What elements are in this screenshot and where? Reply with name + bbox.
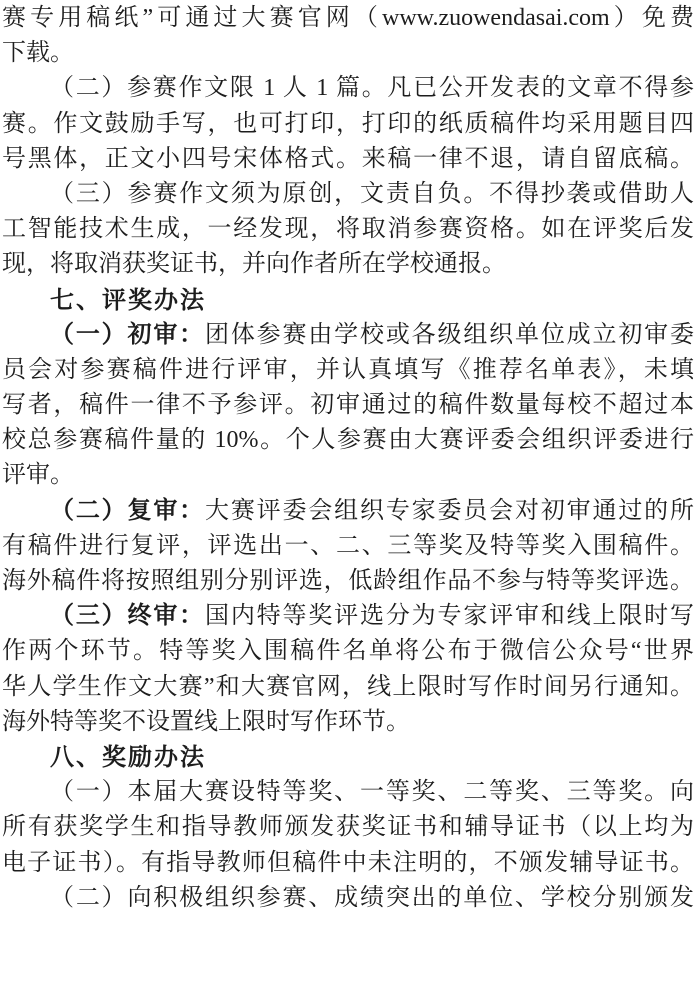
line-lead: （一）初审： bbox=[50, 322, 205, 348]
text-line: 所有获奖学生和指导教师颁发获奖证书和辅导证书（以上均为 bbox=[2, 810, 694, 845]
line-text: 赛专用稿纸”可通过大赛官网（www.zuowendasai.com）免费 bbox=[2, 5, 694, 31]
line-text: 校总参赛稿件量的 10%。个人参赛由大赛评委会组织评委进行 bbox=[2, 427, 694, 453]
text-line: 赛。作文鼓励手写，也可打印，打印的纸质稿件均采用题目四 bbox=[2, 107, 694, 142]
line-text: 国内特等奖评选分为专家评审和线上限时写 bbox=[205, 603, 694, 629]
line-text: 写者，稿件一律不予参评。初审通过的稿件数量每校不超过本 bbox=[2, 392, 694, 418]
line-text: 作两个环节。特等奖入围稿件名单将公布于微信公众号“世界 bbox=[2, 638, 694, 664]
text-line: 海外稿件将按照组别分别评选，低龄组作品不参与特等奖评选。 bbox=[2, 564, 694, 599]
line-text: 现，将取消获奖证书，并向作者所在学校通报。 bbox=[2, 251, 506, 277]
text-line: 写者，稿件一律不予参评。初审通过的稿件数量每校不超过本 bbox=[2, 388, 694, 423]
line-text: （一）本届大赛设特等奖、一等奖、二等奖、三等奖。向 bbox=[50, 779, 694, 805]
line-text: 工智能技术生成，一经发现，将取消参赛资格。如在评奖后发 bbox=[2, 216, 694, 242]
line-text: 赛。作文鼓励手写，也可打印，打印的纸质稿件均采用题目四 bbox=[2, 111, 694, 137]
line-text: （二）参赛作文限 1 人 1 篇。凡已公开发表的文章不得参 bbox=[50, 75, 694, 101]
text-line: （二）复审：大赛评委会组织专家委员会对初审通过的所 bbox=[2, 494, 694, 529]
text-line: 电子证书）。有指导教师但稿件中未注明的，不颁发辅导证书。 bbox=[2, 846, 694, 881]
line-lead: （三）终审： bbox=[50, 603, 205, 629]
text-line: 海外特等奖不设置线上限时写作环节。 bbox=[2, 705, 694, 740]
line-text: 华人学生作文大赛”和大赛官网，线上限时写作时间另行通知。 bbox=[2, 674, 694, 700]
line-text: 所有获奖学生和指导教师颁发获奖证书和辅导证书（以上均为 bbox=[2, 814, 694, 840]
text-line: 作两个环节。特等奖入围稿件名单将公布于微信公众号“世界 bbox=[2, 634, 694, 669]
text-line: 评审。 bbox=[2, 458, 694, 493]
text-line: （三）终审：国内特等奖评选分为专家评审和线上限时写 bbox=[2, 599, 694, 634]
text-line: （三）参赛作文须为原创，文责自负。不得抄袭或借助人 bbox=[2, 177, 694, 212]
text-line: 工智能技术生成，一经发现，将取消参赛资格。如在评奖后发 bbox=[2, 212, 694, 247]
line-text: 下载。 bbox=[2, 40, 74, 66]
text-line: （二）向积极组织参赛、成绩突出的单位、学校分别颁发 bbox=[2, 881, 694, 916]
line-text: 电子证书）。有指导教师但稿件中未注明的，不颁发辅导证书。 bbox=[2, 850, 694, 876]
text-line: （一）初审：团体参赛由学校或各级组织单位成立初审委 bbox=[2, 318, 694, 353]
document-page: 赛专用稿纸”可通过大赛官网（www.zuowendasai.com）免费 下载。… bbox=[0, 0, 700, 981]
text-line: 现，将取消获奖证书，并向作者所在学校通报。 bbox=[2, 247, 694, 282]
line-text: 团体参赛由学校或各级组织单位成立初审委 bbox=[205, 322, 694, 348]
line-text: 评审。 bbox=[2, 462, 74, 488]
line-text: 号黑体，正文小四号宋体格式。来稿一律不退，请自留底稿。 bbox=[2, 146, 694, 172]
line-lead: 八、奖励办法 bbox=[50, 744, 206, 771]
text-line: 号黑体，正文小四号宋体格式。来稿一律不退，请自留底稿。 bbox=[2, 142, 694, 177]
text-line: 校总参赛稿件量的 10%。个人参赛由大赛评委会组织评委进行 bbox=[2, 423, 694, 458]
line-lead: 七、评奖办法 bbox=[50, 287, 206, 314]
section-heading: 七、评奖办法 bbox=[2, 283, 694, 318]
text-line: 员会对参赛稿件进行评审，并认真填写《推荐名单表》，未填 bbox=[2, 353, 694, 388]
line-text: 海外特等奖不设置线上限时写作环节。 bbox=[2, 709, 410, 735]
line-text: （三）参赛作文须为原创，文责自负。不得抄袭或借助人 bbox=[50, 181, 694, 207]
text-line: 有稿件进行复评，评选出一、二、三等奖及特等奖入围稿件。 bbox=[2, 529, 694, 564]
text-line: 下载。 bbox=[2, 36, 694, 71]
line-text: 员会对参赛稿件进行评审，并认真填写《推荐名单表》，未填 bbox=[2, 357, 694, 383]
section-heading: 八、奖励办法 bbox=[2, 740, 694, 775]
text-line: 赛专用稿纸”可通过大赛官网（www.zuowendasai.com）免费 bbox=[2, 1, 694, 36]
text-line: （一）本届大赛设特等奖、一等奖、二等奖、三等奖。向 bbox=[2, 775, 694, 810]
text-line: （二）参赛作文限 1 人 1 篇。凡已公开发表的文章不得参 bbox=[2, 71, 694, 106]
line-text: 有稿件进行复评，评选出一、二、三等奖及特等奖入围稿件。 bbox=[2, 533, 694, 559]
line-text: 大赛评委会组织专家委员会对初审通过的所 bbox=[205, 498, 694, 524]
line-text: （二）向积极组织参赛、成绩突出的单位、学校分别颁发 bbox=[50, 885, 694, 911]
text-line: 华人学生作文大赛”和大赛官网，线上限时写作时间另行通知。 bbox=[2, 670, 694, 705]
line-lead: （二）复审： bbox=[50, 498, 205, 524]
line-text: 海外稿件将按照组别分别评选，低龄组作品不参与特等奖评选。 bbox=[2, 568, 694, 594]
